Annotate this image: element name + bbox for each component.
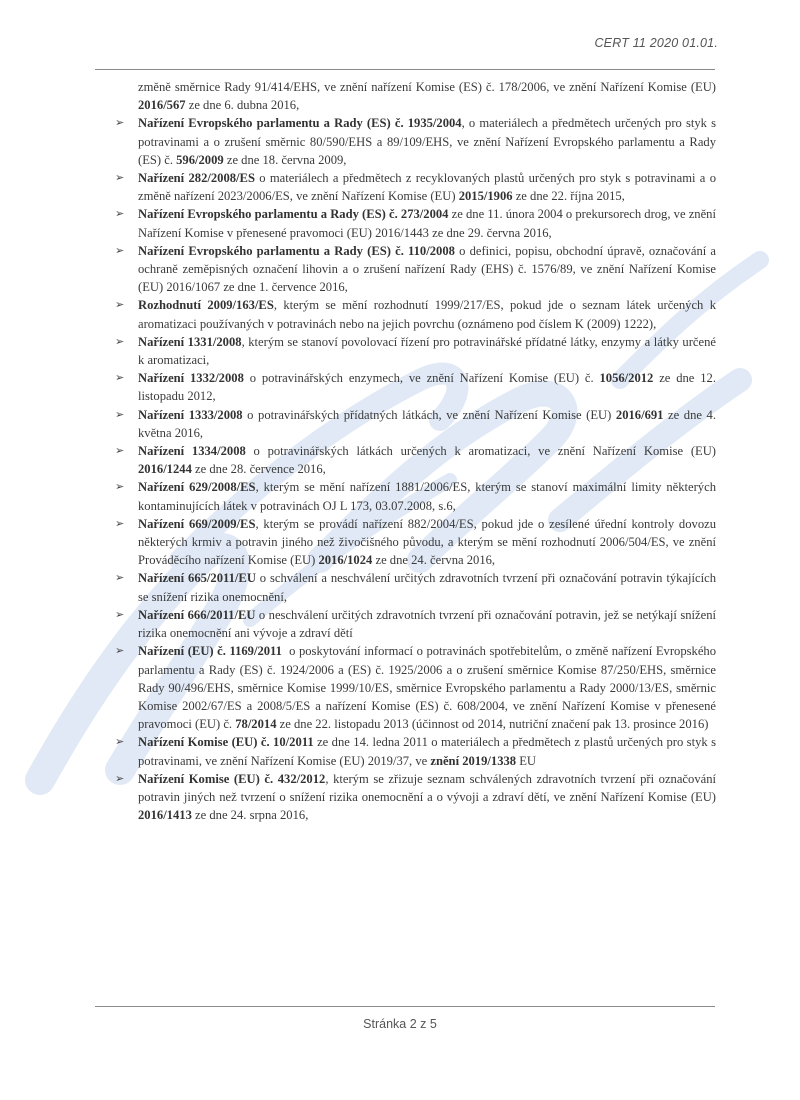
regulation-item: ➢Nařízení 1332/2008 o potravinářských en…: [110, 369, 716, 405]
footer-rule: [95, 1006, 715, 1007]
regulation-item: ➢Nařízení Evropského parlamentu a Rady (…: [110, 205, 716, 241]
arrowhead-bullet-icon: ➢: [115, 478, 124, 496]
regulation-text: Nařízení 1331/2008, kterým se stanoví po…: [138, 335, 716, 367]
arrowhead-bullet-icon: ➢: [115, 733, 124, 751]
arrowhead-bullet-icon: ➢: [115, 169, 124, 187]
regulation-text: Nařízení (EU) č. 1169/2011 o poskytování…: [138, 644, 716, 731]
document-code-header: CERT 11 2020 01.01.: [594, 36, 718, 50]
regulation-item: ➢Rozhodnutí 2009/163/ES, kterým se mění …: [110, 296, 716, 332]
regulation-item: ➢Nařízení 1334/2008 o potravinářských lá…: [110, 442, 716, 478]
regulation-item: ➢Nařízení 669/2009/ES, kterým se provádí…: [110, 515, 716, 570]
arrowhead-bullet-icon: ➢: [115, 242, 124, 260]
regulation-item: ➢Nařízení Komise (EU) č. 432/2012, který…: [110, 770, 716, 825]
arrowhead-bullet-icon: ➢: [115, 205, 124, 223]
document-body: změně směrnice Rady 91/414/EHS, ve znění…: [110, 78, 716, 824]
continuation-paragraph: změně směrnice Rady 91/414/EHS, ve znění…: [110, 78, 716, 114]
arrowhead-bullet-icon: ➢: [115, 333, 124, 351]
regulation-text: Nařízení Komise (EU) č. 432/2012, kterým…: [138, 772, 716, 822]
regulation-item: ➢Nařízení 282/2008/ES o materiálech a př…: [110, 169, 716, 205]
regulation-text: Rozhodnutí 2009/163/ES, kterým se mění r…: [138, 298, 716, 330]
regulation-item: ➢Nařízení 1331/2008, kterým se stanoví p…: [110, 333, 716, 369]
regulation-text: Nařízení 669/2009/ES, kterým se provádí …: [138, 517, 716, 567]
regulation-text: Nařízení 629/2008/ES, kterým se mění nař…: [138, 480, 716, 512]
regulation-item: ➢Nařízení 666/2011/EU o neschválení urči…: [110, 606, 716, 642]
arrowhead-bullet-icon: ➢: [115, 569, 124, 587]
regulation-text: Nařízení 1332/2008 o potravinářských enz…: [138, 371, 716, 403]
regulation-text: Nařízení 1334/2008 o potravinářských lát…: [138, 444, 716, 476]
regulation-text: Nařízení Evropského parlamentu a Rady (E…: [138, 244, 716, 294]
arrowhead-bullet-icon: ➢: [115, 515, 124, 533]
regulation-text: Nařízení Evropského parlamentu a Rady (E…: [138, 116, 716, 166]
regulation-item: ➢Nařízení 629/2008/ES, kterým se mění na…: [110, 478, 716, 514]
page-number: Stránka 2 z 5: [0, 1017, 800, 1031]
regulation-text: Nařízení 1333/2008 o potravinářských pří…: [138, 408, 716, 440]
arrowhead-bullet-icon: ➢: [115, 642, 124, 660]
header-rule: [95, 69, 715, 70]
arrowhead-bullet-icon: ➢: [115, 369, 124, 387]
arrowhead-bullet-icon: ➢: [115, 442, 124, 460]
arrowhead-bullet-icon: ➢: [115, 296, 124, 314]
regulation-item: ➢Nařízení 665/2011/EU o schválení a nesc…: [110, 569, 716, 605]
regulation-list: ➢Nařízení Evropského parlamentu a Rady (…: [110, 114, 716, 824]
arrowhead-bullet-icon: ➢: [115, 114, 124, 132]
arrowhead-bullet-icon: ➢: [115, 770, 124, 788]
arrowhead-bullet-icon: ➢: [115, 406, 124, 424]
regulation-item: ➢Nařízení (EU) č. 1169/2011 o poskytován…: [110, 642, 716, 733]
regulation-text: Nařízení 665/2011/EU o schválení a nesch…: [138, 571, 716, 603]
regulation-text: Nařízení Komise (EU) č. 10/2011 ze dne 1…: [138, 735, 716, 767]
regulation-item: ➢Nařízení 1333/2008 o potravinářských př…: [110, 406, 716, 442]
arrowhead-bullet-icon: ➢: [115, 606, 124, 624]
regulation-text: Nařízení 282/2008/ES o materiálech a pře…: [138, 171, 716, 203]
regulation-text: Nařízení Evropského parlamentu a Rady (E…: [138, 207, 716, 239]
regulation-text: Nařízení 666/2011/EU o neschválení určit…: [138, 608, 716, 640]
regulation-item: ➢Nařízení Komise (EU) č. 10/2011 ze dne …: [110, 733, 716, 769]
regulation-item: ➢Nařízení Evropského parlamentu a Rady (…: [110, 114, 716, 169]
regulation-item: ➢Nařízení Evropského parlamentu a Rady (…: [110, 242, 716, 297]
